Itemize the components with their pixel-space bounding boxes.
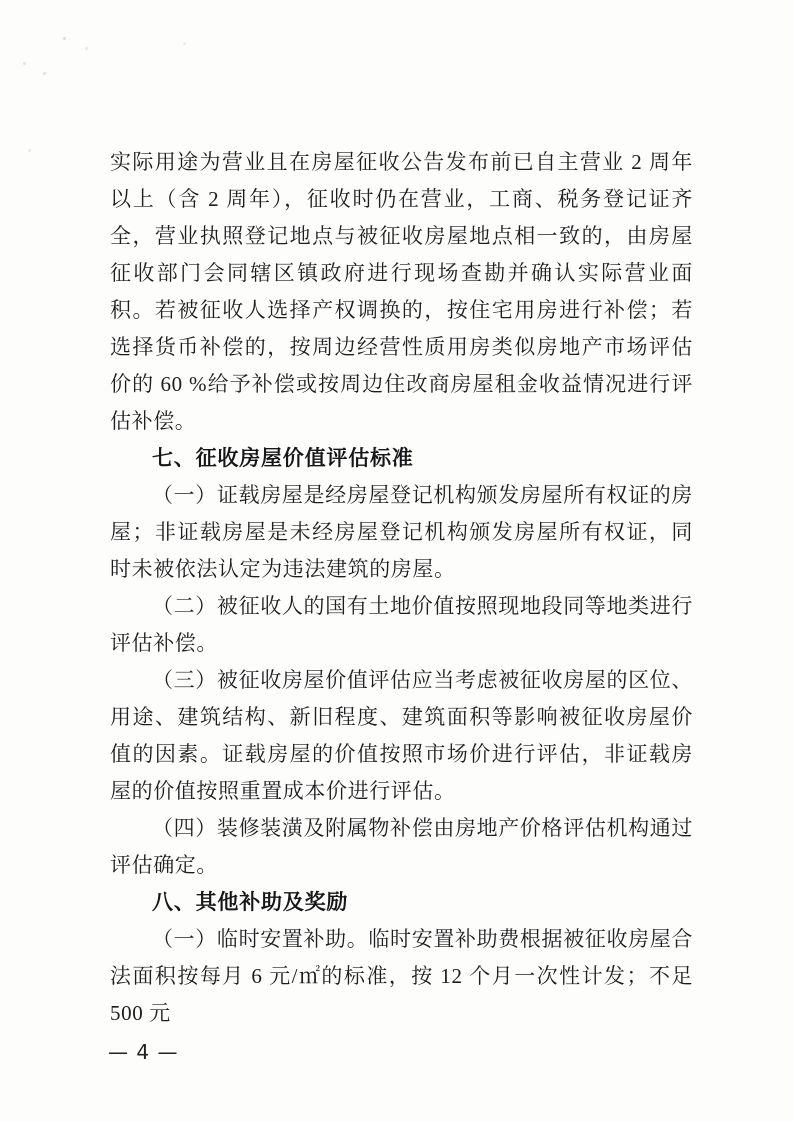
scanned-document-page: 实际用途为营业且在房屋征收公告发布前已自主营业 2 周年以上（含 2 周年），征… [0, 0, 793, 1121]
scan-speckles [63, 37, 66, 40]
heading-section-7-valuation-standard: 七、征收房屋价值评估标准 [110, 440, 693, 477]
paragraph-7-1-certified-housing: （一）证载房屋是经房屋登记机构颁发房屋所有权证的房屋；非证载房屋是未经房屋登记机… [110, 477, 693, 588]
paragraph-business-use-continuation: 实际用途为营业且在房屋征收公告发布前已自主营业 2 周年以上（含 2 周年），征… [110, 144, 693, 440]
paragraph-7-3-valuation-factors: （三）被征收房屋价值评估应当考虑被征收房屋的区位、用途、建筑结构、新旧程度、建筑… [110, 662, 693, 810]
paragraph-7-4-decoration-compensation: （四）装修装潢及附属物补偿由房地产价格评估机构通过评估确定。 [110, 810, 693, 884]
paragraph-7-2-state-land-value: （二）被征收人的国有土地价值按照现地段同等地类进行评估补偿。 [110, 588, 693, 662]
paragraph-8-1-temporary-resettlement: （一）临时安置补助。临时安置补助费根据被征收房屋合法面积按每月 6 元/㎡的标准… [110, 921, 693, 1032]
document-body: 实际用途为营业且在房屋征收公告发布前已自主营业 2 周年以上（含 2 周年），征… [110, 144, 693, 1032]
page-number: — 4 — [108, 1038, 178, 1066]
heading-section-8-other-subsidies: 八、其他补助及奖励 [110, 884, 693, 921]
